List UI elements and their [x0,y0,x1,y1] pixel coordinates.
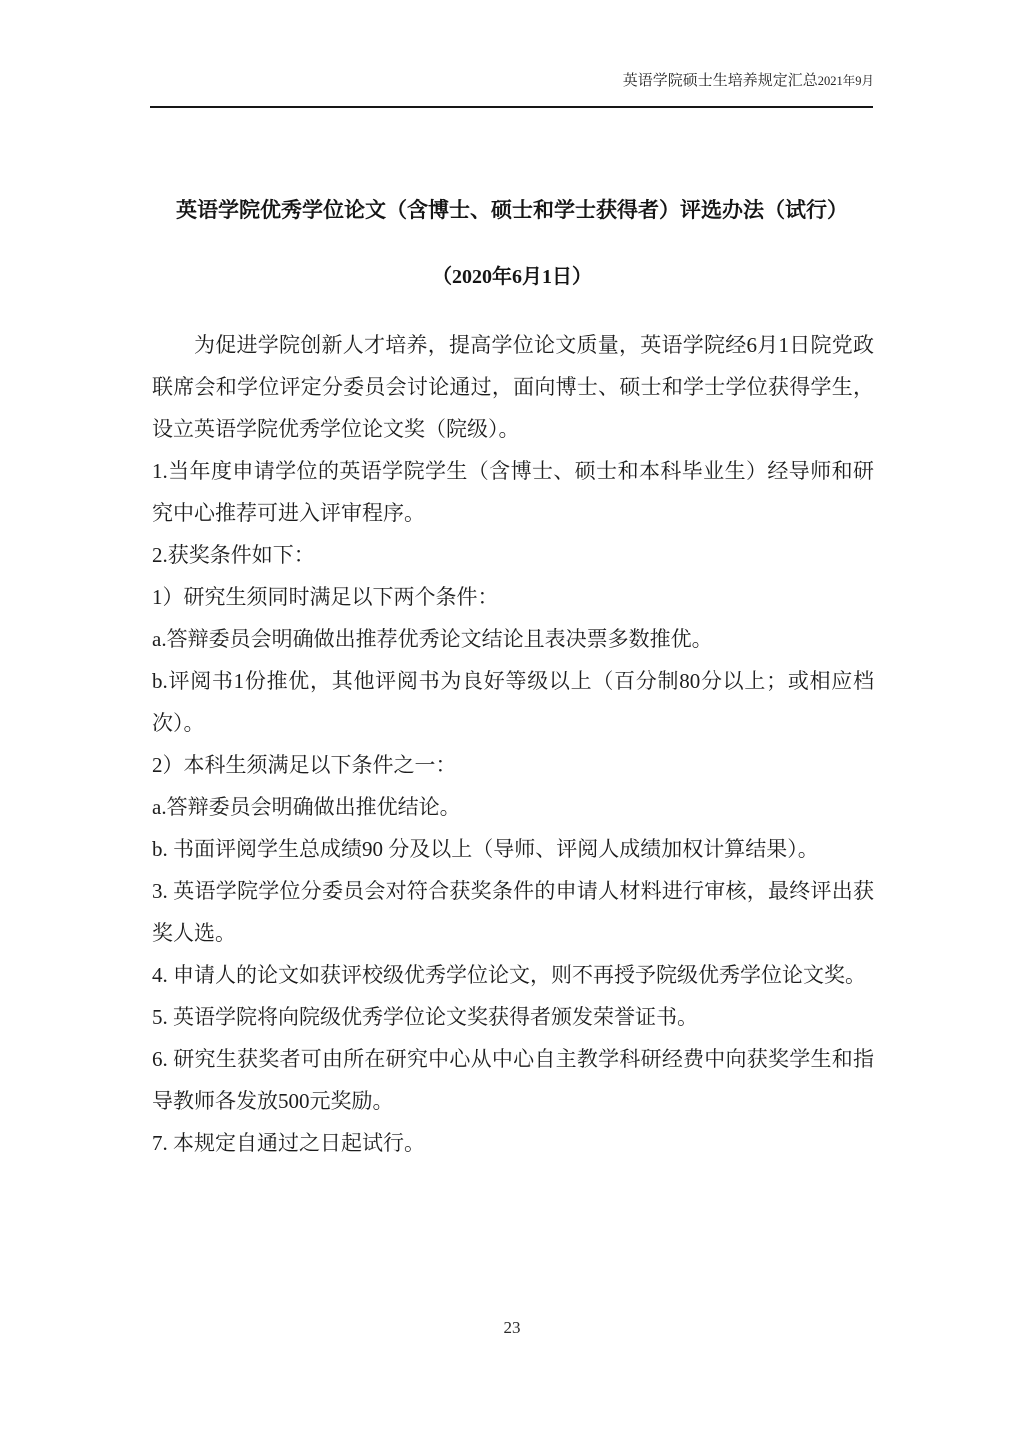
paragraph: 4. 申请人的论文如获评校级优秀学位论文，则不再授予院级优秀学位论文奖。 [152,954,874,996]
paragraph: 2.获奖条件如下： [152,534,874,576]
paragraph: b.评阅书1份推优，其他评阅书为良好等级以上（百分制80分以上；或相应档次）。 [152,660,874,744]
paragraph: 1.当年度申请学位的英语学院学生（含博士、硕士和本科毕业生）经导师和研究中心推荐… [152,450,874,534]
paragraph: a.答辩委员会明确做出推荐优秀论文结论且表决票多数推优。 [152,618,874,660]
header-rule [150,106,873,108]
running-header-date: 2021年9月 [818,74,874,88]
document-title: 英语学院优秀学位论文（含博士、硕士和学士获得者）评选办法（试行） [120,196,904,224]
paragraph: 6. 研究生获奖者可由所在研究中心从中心自主教学科研经费中向获奖学生和指导教师各… [152,1038,874,1122]
page-number: 23 [0,1318,1024,1338]
running-header: 英语学院硕士生培养规定汇总2021年9月 [623,70,874,92]
paragraph: 为促进学院创新人才培养，提高学位论文质量，英语学院经6月1日院党政联席会和学位评… [152,324,874,450]
body-paragraphs: 为促进学院创新人才培养，提高学位论文质量，英语学院经6月1日院党政联席会和学位评… [152,324,874,1164]
paragraph: 5. 英语学院将向院级优秀学位论文奖获得者颁发荣誉证书。 [152,996,874,1038]
paragraph: 2）本科生须满足以下条件之一： [152,744,874,786]
paragraph: 1）研究生须同时满足以下两个条件： [152,576,874,618]
paragraph: b. 书面评阅学生总成绩90 分及以上（导师、评阅人成绩加权计算结果）。 [152,828,874,870]
document-date-line: （2020年6月1日） [120,264,904,290]
paragraph: 3. 英语学院学位分委员会对符合获奖条件的申请人材料进行审核，最终评出获奖人选。 [152,870,874,954]
paragraph: 7. 本规定自通过之日起试行。 [152,1122,874,1164]
running-header-title: 英语学院硕士生培养规定汇总 [623,73,818,89]
document-page: 英语学院硕士生培养规定汇总2021年9月 英语学院优秀学位论文（含博士、硕士和学… [0,0,1024,1447]
paragraph: a.答辩委员会明确做出推优结论。 [152,786,874,828]
